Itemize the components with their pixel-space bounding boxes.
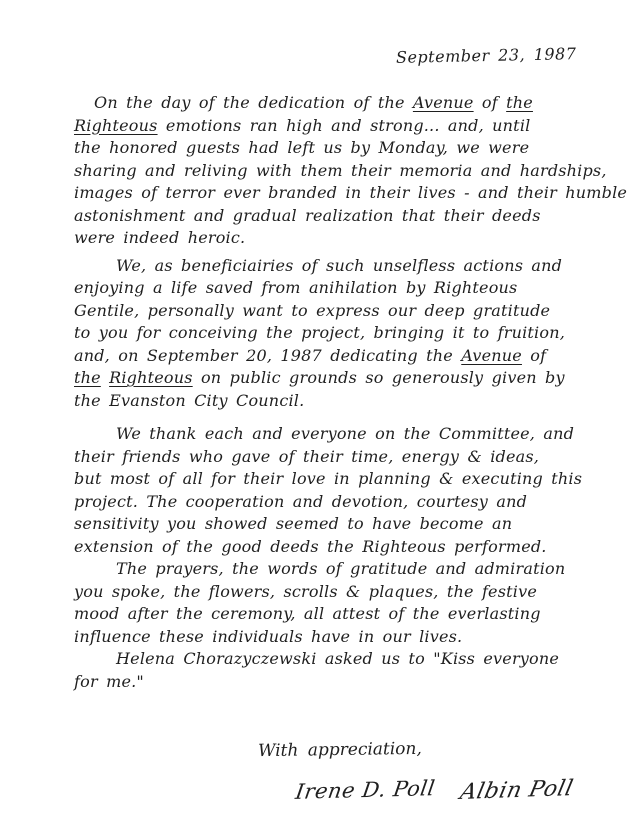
line-text: you spoke, the flowers, scrolls & plaque… — [74, 582, 537, 601]
letter-line: to you for conceiving the project, bring… — [74, 322, 590, 345]
underlined-text: Avenue — [461, 346, 522, 365]
line-text: were indeed heroic. — [74, 228, 245, 247]
line-text: their friends who gave of their time, en… — [74, 447, 539, 466]
line-text: sharing and reliving with them their mem… — [74, 161, 607, 180]
letter-line: mood after the ceremony, all attest of t… — [74, 603, 590, 626]
underlined-text: the — [74, 368, 101, 387]
letter-line: the honored guests had left us by Monday… — [74, 137, 590, 160]
paragraph-5: Helena Chorazyczewski asked us to "Kiss … — [74, 648, 590, 693]
letter-line: The prayers, the words of gratitude and … — [74, 558, 590, 581]
paragraph-3: We thank each and everyone on the Commit… — [74, 423, 590, 558]
letter-line: On the day of the dedication of the Aven… — [74, 92, 590, 115]
underlined-text: Avenue — [413, 93, 474, 112]
line-text: of — [474, 93, 507, 112]
letter-line: were indeed heroic. — [74, 227, 590, 250]
letter-line: We thank each and everyone on the Commit… — [74, 423, 590, 446]
letter-line: Gentile, personally want to express our … — [74, 300, 590, 323]
line-text: extension of the good deeds the Righteou… — [74, 537, 547, 556]
line-text: the Evanston City Council. — [74, 391, 304, 410]
line-text: mood after the ceremony, all attest of t… — [74, 604, 541, 623]
line-text: on public grounds so generously given by — [193, 368, 565, 387]
letter-line: the Evanston City Council. — [74, 390, 590, 413]
letter-line: project. The cooperation and devotion, c… — [74, 491, 590, 514]
line-text: We thank each and everyone on the Commit… — [116, 424, 574, 443]
letter-line: and, on September 20, 1987 dedicating th… — [74, 345, 590, 368]
letter-body: On the day of the dedication of the Aven… — [74, 92, 590, 693]
letter-line: their friends who gave of their time, en… — [74, 446, 590, 469]
letter-line: extension of the good deeds the Righteou… — [74, 536, 590, 559]
line-text: astonishment and gradual realization tha… — [74, 206, 541, 225]
line-text: images of terror ever branded in their l… — [74, 183, 627, 202]
letter-line: sensitivity you showed seemed to have be… — [74, 513, 590, 536]
underlined-text: Righteous — [74, 116, 158, 135]
line-text: On the day of the dedication of the — [94, 93, 413, 112]
underlined-text: Righteous — [109, 368, 193, 387]
line-text: but most of all for their love in planni… — [74, 469, 582, 488]
paragraph-2: We, as beneficiairies of such unselfless… — [74, 255, 590, 413]
line-text: enjoying a life saved from anihilation b… — [74, 278, 517, 297]
letter-line: images of terror ever branded in their l… — [74, 182, 590, 205]
letter-date: September 23, 1987 — [396, 44, 577, 67]
line-text: sensitivity you showed seemed to have be… — [74, 514, 512, 533]
line-text: We, as beneficiairies of such unselfless… — [116, 256, 562, 275]
signature-albin-poll: Albin Poll — [458, 776, 576, 805]
line-text: emotions ran high and strong... and, unt… — [158, 116, 531, 135]
line-text: Helena Chorazyczewski asked us to "Kiss … — [116, 649, 559, 668]
scanned-letter-page: { "letter": { "paper_color": "#ffffff", … — [0, 0, 638, 826]
line-text: influence these individuals have in our … — [74, 627, 462, 646]
letter-line: influence these individuals have in our … — [74, 626, 590, 649]
letter-line: astonishment and gradual realization tha… — [74, 205, 590, 228]
line-text: Gentile, personally want to express our … — [74, 301, 550, 320]
letter-line: sharing and reliving with them their mem… — [74, 160, 590, 183]
signature-irene-d-poll: Irene D. Poll — [294, 776, 437, 804]
letter-line: Helena Chorazyczewski asked us to "Kiss … — [74, 648, 590, 671]
letter-line: enjoying a life saved from anihilation b… — [74, 277, 590, 300]
letter-line: but most of all for their love in planni… — [74, 468, 590, 491]
paragraph-1: On the day of the dedication of the Aven… — [74, 92, 590, 250]
letter-line: for me." — [74, 671, 590, 694]
line-text: of — [522, 346, 546, 365]
letter-line: the Righteous on public grounds so gener… — [74, 367, 590, 390]
underlined-text: the — [506, 93, 533, 112]
paragraph-4: The prayers, the words of gratitude and … — [74, 558, 590, 648]
line-text: The prayers, the words of gratitude and … — [116, 559, 565, 578]
line-text: the honored guests had left us by Monday… — [74, 138, 529, 157]
line-text — [101, 368, 109, 387]
line-text: project. The cooperation and devotion, c… — [74, 492, 527, 511]
letter-line: you spoke, the flowers, scrolls & plaque… — [74, 581, 590, 604]
line-text: to you for conceiving the project, bring… — [74, 323, 565, 342]
letter-line: We, as beneficiairies of such unselfless… — [74, 255, 590, 278]
line-text: and, on September 20, 1987 dedicating th… — [74, 346, 461, 365]
letter-line: Righteous emotions ran high and strong..… — [74, 115, 590, 138]
line-text: for me." — [74, 672, 144, 691]
signature-row: Irene D. Poll Albin Poll — [296, 778, 572, 803]
letter-closing: With appreciation, — [258, 739, 422, 761]
